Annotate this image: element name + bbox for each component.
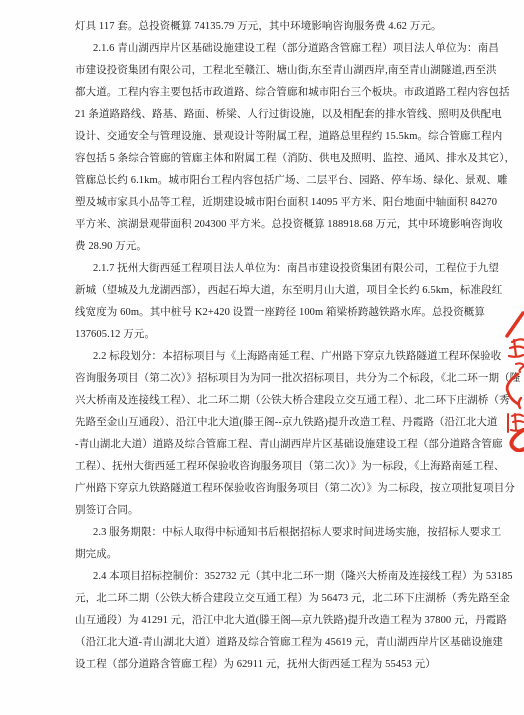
text-line: 先路至金山互通段）、沿江中北大道(滕王阁--京九铁路)提升改造工程、丹霞路（沿江… <box>75 412 455 434</box>
text-line: 137605.12 万元。 <box>75 324 455 346</box>
text-line: 期完成。 <box>75 544 455 566</box>
text-line: 容包括 5 条综合管廊的管廊主体和附属工程（消防、供电及照明、监控、通风、排水及… <box>75 148 455 170</box>
text-line: 兴大桥南及连接线工程）、北二环二期（公铁大桥合建段立交互通工程）、北二环下庄湖桥… <box>75 390 455 412</box>
text-line: 灯具 117 套。总投资概算 74135.79 万元，其中环境影响咨询服务费 4… <box>75 16 455 38</box>
document-body: 灯具 117 套。总投资概算 74135.79 万元，其中环境影响咨询服务费 4… <box>75 16 455 676</box>
text-line: 塑及城市家具小品等工程，近期建设城市阳台面积 14095 平方米、阳台地面中轴面… <box>75 192 455 214</box>
text-line: 2.3 服务期限：中标人取得中标通知书后根据招标人要求时间进场实施，按招标人要求… <box>75 522 455 544</box>
text-line: 平方米、滨湖景观带面积 204300 平方米。总投资概算 188918.68 万… <box>75 214 455 236</box>
text-line: 广州路下穿京九铁路隧道工程环保验收咨询服务项目（第二次）》为二标段，按立项批复项… <box>75 478 455 500</box>
text-line: 设工程（部分道路含管廊工程）为 62911 元，抚州大街西延工程为 55453 … <box>75 654 455 676</box>
text-line: 21 条道路路线、路基、路面、桥梁、人行过街设施，以及相配套的排水管线、照明及供… <box>75 104 455 126</box>
text-line: 别签订合同。 <box>75 500 455 522</box>
document-page: 灯具 117 套。总投资概算 74135.79 万元，其中环境影响咨询服务费 4… <box>0 0 524 715</box>
text-line: 山互通段）为 41291 元，沿江中北大道(滕王阁—京九铁路)提升改造工程为 3… <box>75 610 455 632</box>
text-line: 新城（望城及九龙湖西部），西起石埠大道，东至明月山大道，项目全长约 6.5km，… <box>75 280 455 302</box>
text-line: 元，北二环二期（公铁大桥合建段立交互通工程）为 56473 元，北二环下庄湖桥（… <box>75 588 455 610</box>
text-line: 线宽度为 60m。其中桩号 K2+420 设置一座跨径 100m 箱梁桥跨越铁路… <box>75 302 455 324</box>
text-line: 2.4 本项目招标控制价：352732 元（其中北二环一期（隆兴大桥南及连接线工… <box>75 566 455 588</box>
red-ink-annotation <box>494 310 524 452</box>
text-line: 2.1.6 青山湖西岸片区基础设施建设工程（部分道路含管廊工程）项目法人单位为：… <box>75 38 455 60</box>
text-line: 市建设投资集团有限公司，工程北至赣江、塘山街,东至青山湖西岸,南至青山湖隧道,西… <box>75 60 455 82</box>
text-line: 都大道。工程内容主要包括市政道路、综合管廊和城市阳台三个板块。市政道路工程内容包… <box>75 82 455 104</box>
text-line: 管廊总长约 6.1km。城市阳台工程内容包括广场、二层平台、园路、停车场、绿化、… <box>75 170 455 192</box>
text-line: 工程）、抚州大街西延工程环保验收咨询服务项目（第二次）》为一标段，《上海路南延工… <box>75 456 455 478</box>
text-line: -青山湖北大道）道路及综合管廊工程、青山湖西岸片区基础设施建设工程（部分道路含管… <box>75 434 455 456</box>
text-line: 2.1.7 抚州大街西延工程项目法人单位为：南昌市建设投资集团有限公司，工程位于… <box>75 258 455 280</box>
text-line: 费 28.90 万元。 <box>75 236 455 258</box>
text-line: 2.2 标段划分：本招标项目与《上海路南延工程、广州路下穿京九铁路隧道工程环保验… <box>75 346 455 368</box>
text-line: 咨询服务项目（第二次）》招标项目为为同一批次招标项目，共分为二个标段，《北二环一… <box>75 368 455 390</box>
text-line: 设计、交通安全与管理设施、景观设计等附属工程，道路总里程约 15.5km。综合管… <box>75 126 455 148</box>
text-line: （沿江北大道-青山湖北大道）道路及综合管廊工程为 45619 元，青山湖西岸片区… <box>75 632 455 654</box>
